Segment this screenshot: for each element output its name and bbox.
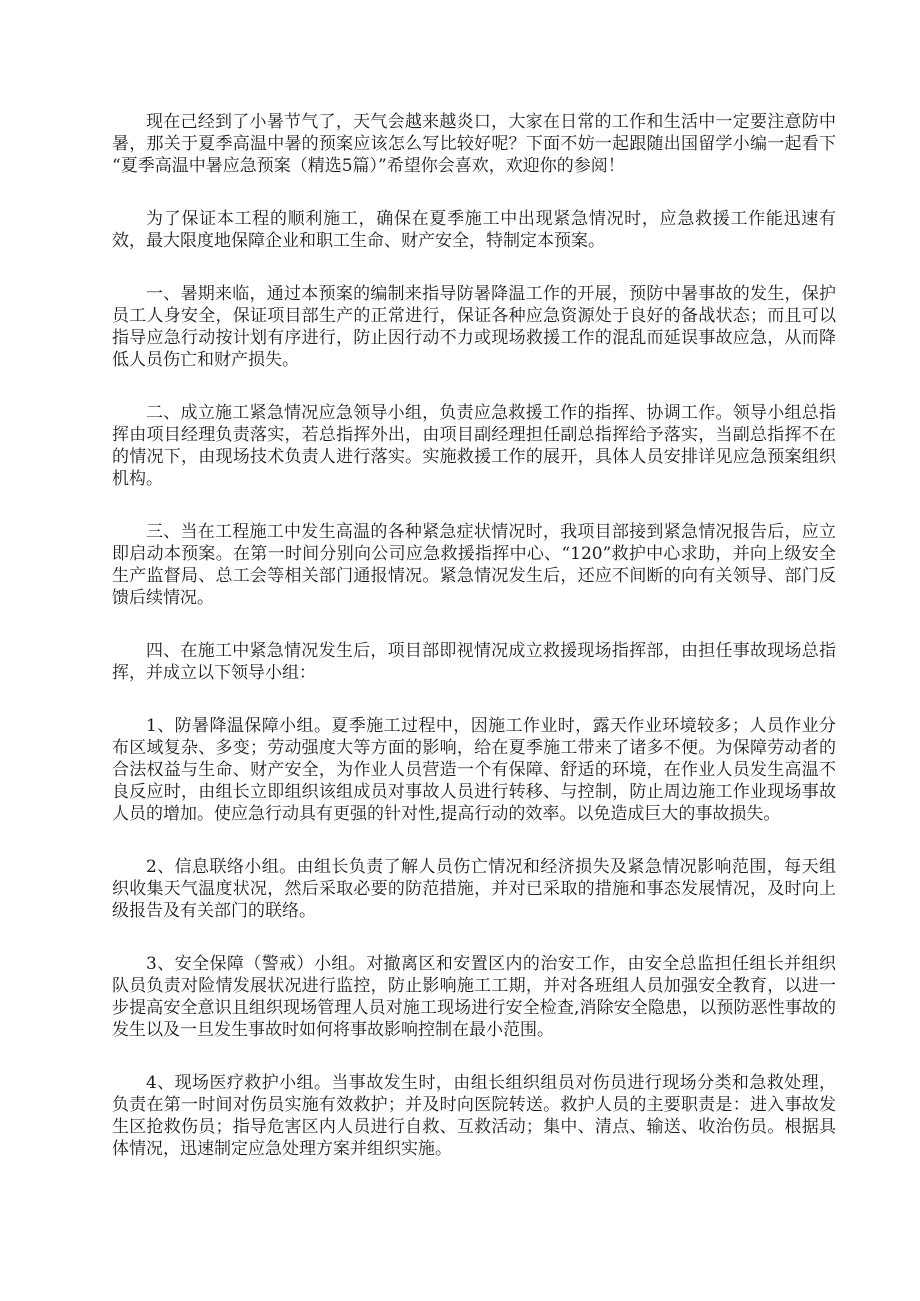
- document-page: 现在己经到了小暑节气了，天气会越来越炎口，大家在日常的工作和生活中一定要注意防中…: [0, 0, 920, 1301]
- section-2-paragraph: 二、成立施工紧急情况应急领导小组，负责应急救援工作的指挥、协调工作。领导小组总指…: [112, 402, 836, 490]
- group-3-paragraph: 3、安全保障（警戒）小组。对撤离区和安置区内的治安工作，由安全总监担任组长并组织…: [112, 953, 836, 1041]
- group-2-paragraph: 2、信息联络小组。由组长负责了解人员伤亡情况和经济损失及紧急情况影响范围，每天组…: [112, 856, 836, 922]
- section-3-paragraph: 三、当在工程施工中发生高温的各种紧急症状情况时，我项目部接到紧急情况报告后，应立…: [112, 521, 836, 609]
- intro-paragraph: 现在己经到了小暑节气了，天气会越来越炎口，大家在日常的工作和生活中一定要注意防中…: [112, 111, 836, 177]
- document-body: 现在己经到了小暑节气了，天气会越来越炎口，大家在日常的工作和生活中一定要注意防中…: [112, 111, 836, 1160]
- group-1-paragraph: 1、防暑降温保障小组。夏季施工过程中，因施工作业时，露天作业环境较多；人员作业分…: [112, 715, 836, 825]
- section-4-paragraph: 四、在施工中紧急情况发生后，项目部即视情况成立救援现场指挥部，由担任事故现场总指…: [112, 640, 836, 684]
- group-4-paragraph: 4、现场医疗救护小组。当事故发生时，由组长组织组员对伤员进行现场分类和急救处理，…: [112, 1072, 836, 1160]
- section-1-paragraph: 一、暑期来临，通过本预案的编制来指导防暑降温工作的开展，预防中暑事故的发生，保护…: [112, 283, 836, 371]
- purpose-paragraph: 为了保证本工程的顺利施工，确保在夏季施工中出现紧急情况时，应急救援工作能迅速有效…: [112, 208, 836, 252]
